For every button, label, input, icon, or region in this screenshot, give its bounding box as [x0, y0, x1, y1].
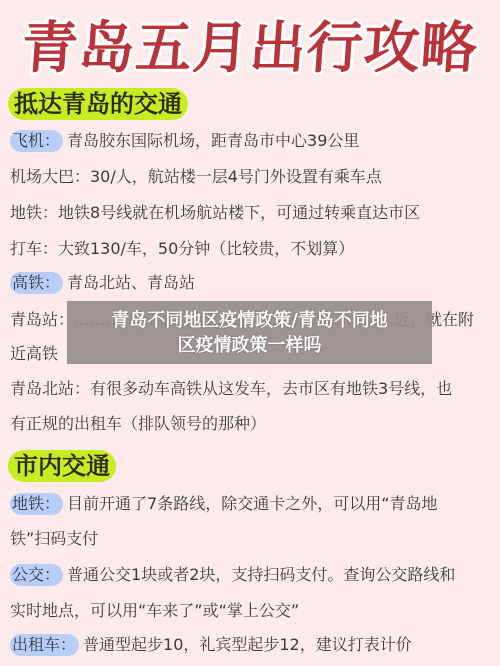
line-text: 机场大巴：30/人，航站楼一层4号门外设置有乘车点 [10, 167, 382, 186]
section-heading-city: 市内交通 [8, 450, 116, 482]
line-airport-bus: 机场大巴：30/人，航站楼一层4号门外设置有乘车点 [10, 166, 382, 188]
line-taxi: 打车：大致130/车，50分钟（比较贵，不划算） [10, 238, 354, 260]
page-title: 青岛五月出行攻略 [0, 6, 500, 82]
line-text: 普通公交1块或者2块，支持扫码支付。查询公交路线和 [67, 565, 455, 584]
line-text: 打车：大致130/车，50分钟（比较贵，不划算） [10, 239, 354, 258]
tag-metro: 地铁： [10, 493, 63, 515]
line-city-taxi: 出租车：普通型起步10，礼宾型起步12，建议打表计价 [10, 634, 412, 656]
tag-high-speed-rail: 高铁： [10, 272, 63, 294]
line-bus-cont: 实时地点，可以用“车来了”或“掌上公交” [10, 600, 299, 622]
line-text: 铁”扫码支付 [10, 529, 98, 548]
line-qingdao-station-cont: 近高铁 [10, 343, 58, 365]
tag-airplane: 飞机： [10, 130, 63, 152]
caption-overlay: 青岛不同地区疫情政策/青岛不同地 区疫情政策一样吗 [67, 301, 432, 364]
line-text: 青岛北站：有很多动车高铁从这发车，去市区有地铁3号线，也 [10, 379, 452, 398]
line-text: 目前开通了7条路线，除交通卡之外，可以用“青岛地 [67, 494, 437, 513]
tag-bus: 公交： [10, 564, 63, 586]
line-text: 青岛胶东国际机场，距青岛市中心39公里 [67, 131, 359, 150]
overlay-line-1: 青岛不同地区疫情政策/青岛不同地 [111, 308, 388, 333]
line-text: 地铁：地铁8号线就在机场航站楼下，可通过转乘直达市区 [10, 203, 420, 222]
line-qingdao-north-cont: 有正规的出租车（排队领号的那种） [10, 413, 266, 435]
line-text: 普通型起步10，礼宾型起步12，建议打表计价 [83, 635, 412, 654]
section-heading-arrival: 抵达青岛的交通 [8, 88, 188, 120]
line-bus: 公交：普通公交1块或者2块，支持扫码支付。查询公交路线和 [10, 564, 455, 586]
line-city-metro-cont: 铁”扫码支付 [10, 528, 98, 550]
line-high-speed-rail: 高铁：青岛北站、青岛站 [10, 272, 195, 294]
line-text: 青岛北站、青岛站 [67, 273, 195, 292]
line-airplane: 飞机：青岛胶东国际机场，距青岛市中心39公里 [10, 130, 359, 152]
line-text: 有正规的出租车（排队领号的那种） [10, 414, 266, 433]
line-text: 近高铁 [10, 344, 58, 363]
line-city-metro: 地铁：目前开通了7条路线，除交通卡之外，可以用“青岛地 [10, 493, 438, 515]
line-qingdao-north: 青岛北站：有很多动车高铁从这发车，去市区有地铁3号线，也 [10, 378, 452, 400]
line-metro: 地铁：地铁8号线就在机场航站楼下，可通过转乘直达市区 [10, 202, 420, 224]
overlay-line-2: 区疫情政策一样吗 [178, 333, 322, 358]
tag-taxi: 出租车： [10, 634, 79, 656]
line-text: 实时地点，可以用“车来了”或“掌上公交” [10, 601, 299, 620]
